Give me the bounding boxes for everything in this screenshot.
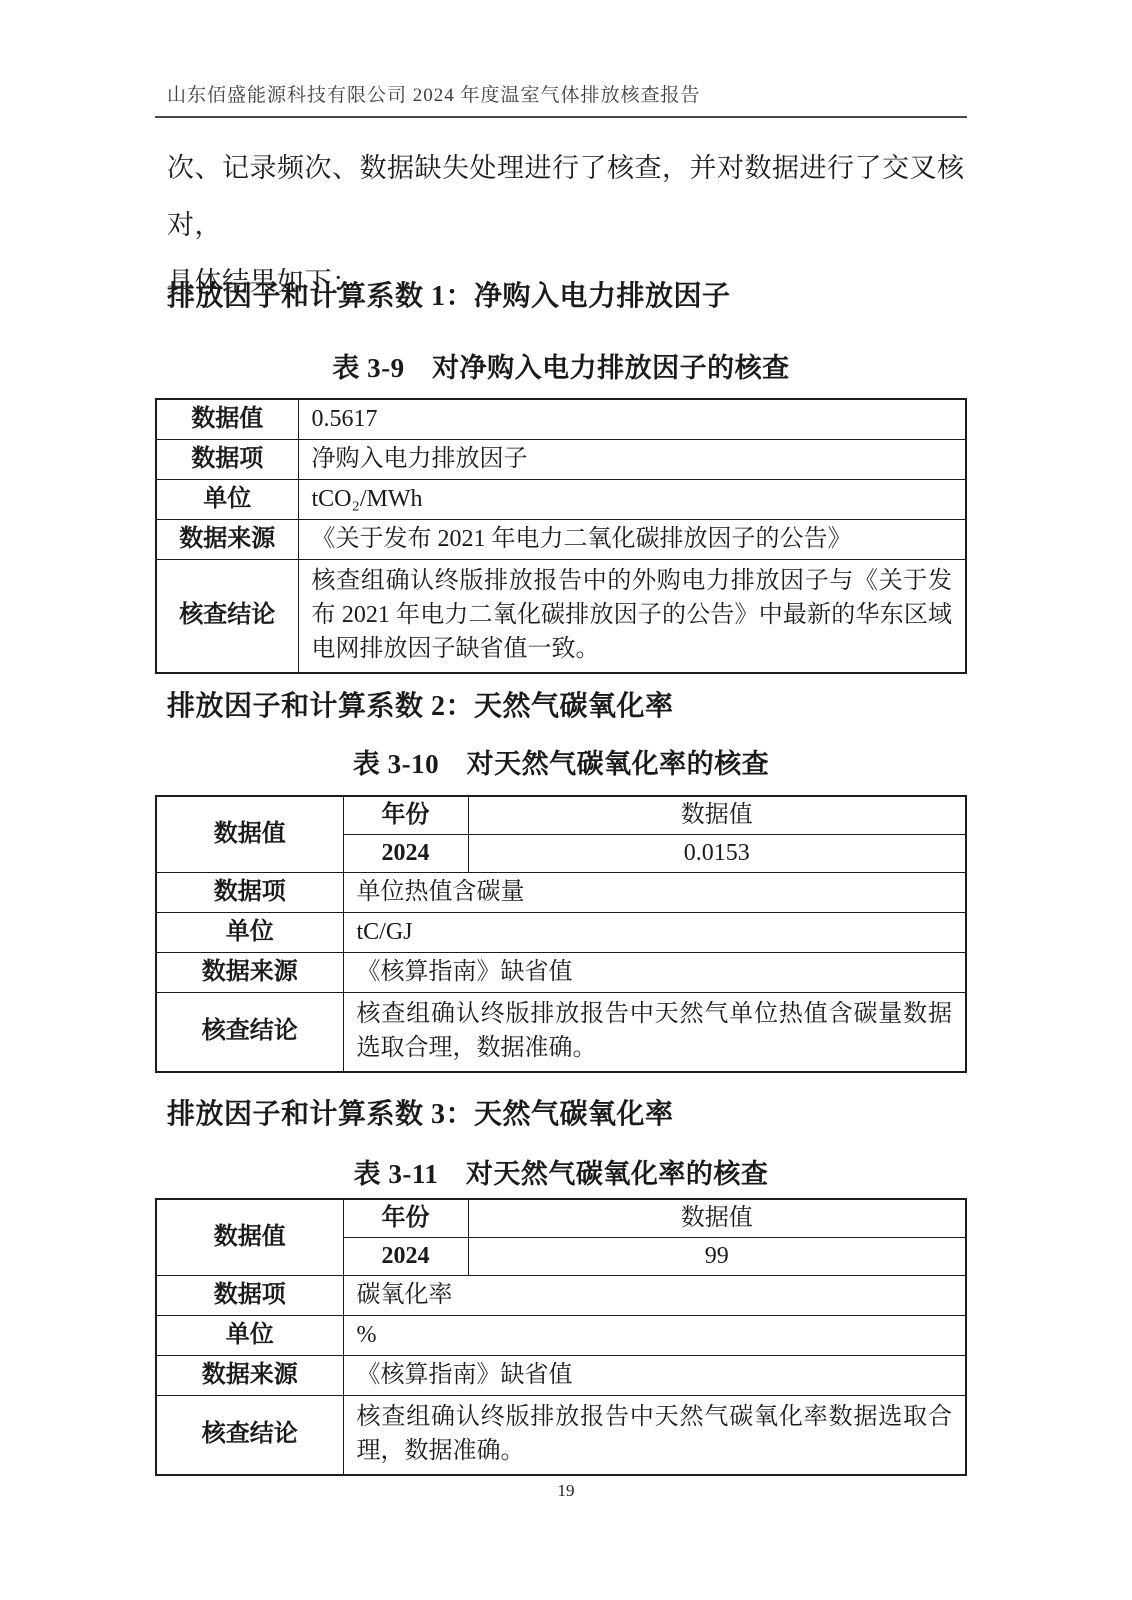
row-label-cell: 数据值 [156,796,343,872]
year-header-cell: 年份 [343,796,468,834]
table-row: 数据值 0.5617 [156,399,966,439]
table-row: 数据来源 《核算指南》缺省值 [156,1355,966,1395]
table-row: 数据项 碳氧化率 [156,1275,966,1315]
table-row: 核查结论 核查组确认终版排放报告中天然气单位热值含碳量数据选取合理，数据准确。 [156,992,966,1072]
row-label-cell: 核查结论 [156,992,343,1072]
row-value-cell: % [343,1315,966,1355]
year-header-cell: 年份 [343,1199,468,1237]
table-row: 数据来源 《核算指南》缺省值 [156,952,966,992]
row-label-cell: 数据项 [156,872,343,912]
row-label-cell: 数据项 [156,439,298,479]
table-3-10-caption: 表 3-10 对天然气碳氧化率的核查 [155,742,967,781]
table-row: 数据项 净购入电力排放因子 [156,439,966,479]
table-row: 核查结论 核查组确认终版排放报告中的外购电力排放因子与《关于发布 2021 年电… [156,559,966,673]
value-cell: 0.0153 [468,834,966,872]
row-value-cell: 核查组确认终版排放报告中的外购电力排放因子与《关于发布 2021 年电力二氧化碳… [298,559,966,673]
row-value-cell: 净购入电力排放因子 [298,439,966,479]
table-row: 数据值 年份 数据值 [156,796,966,834]
row-label-cell: 数据来源 [156,952,343,992]
row-label-cell: 单位 [156,1315,343,1355]
table-row: 单位 % [156,1315,966,1355]
row-label-cell: 数据来源 [156,1355,343,1395]
section-3-heading: 排放因子和计算系数 3：天然气碳氧化率 [155,1092,967,1132]
row-label-cell: 单位 [156,912,343,952]
table-row: 核查结论 核查组确认终版排放报告中天然气碳氧化率数据选取合理，数据准确。 [156,1395,966,1475]
report-header-title: 山东佰盛能源科技有限公司 2024 年度温室气体排放核查报告 [167,85,701,106]
value-header-cell: 数据值 [468,1199,966,1237]
table-3-11-caption: 表 3-11 对天然气碳氧化率的核查 [155,1152,967,1191]
section-2-heading: 排放因子和计算系数 2：天然气碳氧化率 [155,684,967,724]
row-value-cell: 核查组确认终版排放报告中天然气单位热值含碳量数据选取合理，数据准确。 [343,992,966,1072]
row-value-cell: tC/GJ [343,912,966,952]
value-header-cell: 数据值 [468,796,966,834]
table-row: 数据来源 《关于发布 2021 年电力二氧化碳排放因子的公告》 [156,519,966,559]
row-value-cell: 《核算指南》缺省值 [343,1355,966,1395]
row-label-cell: 核查结论 [156,559,298,673]
row-value-cell: 0.5617 [298,399,966,439]
table-3-10: 数据值 年份 数据值 2024 0.0153 数据项 单位热值含碳量 单位 tC… [155,795,967,1073]
row-label-cell: 数据来源 [156,519,298,559]
row-value-cell: 碳氧化率 [343,1275,966,1315]
section-1-heading: 排放因子和计算系数 1：净购入电力排放因子 [155,274,967,314]
row-value-cell: 单位热值含碳量 [343,872,966,912]
table-3-9-caption: 表 3-9 对净购入电力排放因子的核查 [155,346,967,385]
table-3-11: 数据值 年份 数据值 2024 99 数据项 碳氧化率 单位 % 数据来源 《核… [155,1198,967,1476]
value-cell: 99 [468,1237,966,1275]
year-cell: 2024 [343,834,468,872]
table-row: 单位 tC/GJ [156,912,966,952]
page-header: 山东佰盛能源科技有限公司 2024 年度温室气体排放核查报告 [155,84,967,118]
row-value-cell: 《关于发布 2021 年电力二氧化碳排放因子的公告》 [298,519,966,559]
intro-line-1: 次、记录频次、数据缺失处理进行了核查，并对数据进行了交叉核对， [167,140,967,254]
row-label-cell: 数据值 [156,1199,343,1275]
row-label-cell: 数据项 [156,1275,343,1315]
row-value-cell: tCO₂/MWh [298,479,966,519]
table-3-9: 数据值 0.5617 数据项 净购入电力排放因子 单位 tCO₂/MWh 数据来… [155,398,967,674]
table-row: 单位 tCO₂/MWh [156,479,966,519]
row-value-cell: 《核算指南》缺省值 [343,952,966,992]
row-label-cell: 单位 [156,479,298,519]
row-value-cell: 核查组确认终版排放报告中天然气碳氧化率数据选取合理，数据准确。 [343,1395,966,1475]
year-cell: 2024 [343,1237,468,1275]
table-row: 数据值 年份 数据值 [156,1199,966,1237]
table-row: 数据项 单位热值含碳量 [156,872,966,912]
row-label-cell: 核查结论 [156,1395,343,1475]
page-number: 19 [0,1481,1132,1501]
row-label-cell: 数据值 [156,399,298,439]
